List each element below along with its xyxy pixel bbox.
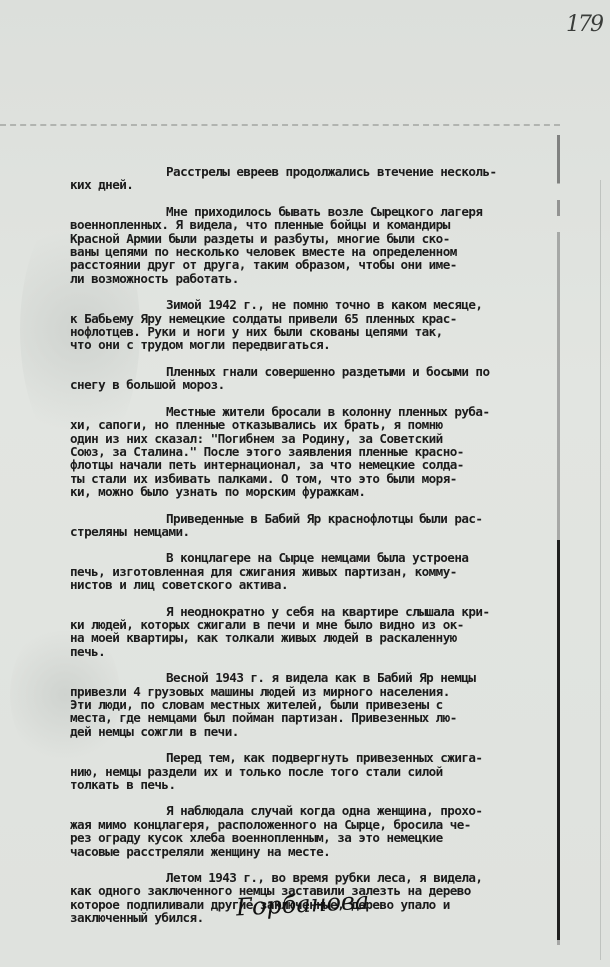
document-page: 179 Расстрелы евреев продолжались втечен… xyxy=(0,0,610,967)
text-line: стреляны немцами. xyxy=(70,525,558,538)
text-line: ки людей, которых сжигали в печи и мне б… xyxy=(70,618,558,631)
text-line: Весной 1943 г. я видела как в Бабий Яр н… xyxy=(70,671,558,684)
archive-page-number: 179 xyxy=(566,12,602,37)
paragraph: Весной 1943 г. я видела как в Бабий Яр н… xyxy=(70,671,558,738)
text-line: что они с трудом могли передвигаться. xyxy=(70,338,558,351)
text-line: Союз, за Сталина." После этого заявления… xyxy=(70,445,558,458)
text-line: часовые расстреляли женщину на месте. xyxy=(70,845,558,858)
text-line: Перед тем, как подвергнуть привезенных с… xyxy=(70,751,558,764)
text-line: нистов и лиц советского актива. xyxy=(70,578,558,591)
paragraph: Мне приходилось бывать возле Сырецкого л… xyxy=(70,205,558,285)
text-line: нофлотцев. Руки и ноги у них были скован… xyxy=(70,325,558,338)
text-line: Красной Армии были раздеты и разбуты, мн… xyxy=(70,232,558,245)
text-line: печь. xyxy=(70,645,558,658)
text-line: на моей квартиры, как толкали живых люде… xyxy=(70,631,558,644)
paragraph: Зимой 1942 г., не помню точно в каком ме… xyxy=(70,298,558,352)
paragraph: Я наблюдала случай когда одна женщина, п… xyxy=(70,804,558,858)
text-line: расстоянии друг от друга, таким образом,… xyxy=(70,258,558,271)
text-line: нию, немцы раздели их и только после тог… xyxy=(70,765,558,778)
text-line: флотцы начали петь интернационал, за что… xyxy=(70,458,558,471)
text-line: хи, сапоги, но пленные отказывались их б… xyxy=(70,418,558,431)
text-line: Зимой 1942 г., не помню точно в каком ме… xyxy=(70,298,558,311)
paper-edge xyxy=(600,180,601,960)
text-line: ли возможность работать. xyxy=(70,272,558,285)
text-line: Я наблюдала случай когда одна женщина, п… xyxy=(70,804,558,817)
text-line: В концлагере на Сырце немцами была устро… xyxy=(70,551,558,564)
text-line: привезли 4 грузовых машины людей из мирн… xyxy=(70,685,558,698)
paragraph: В концлагере на Сырце немцами была устро… xyxy=(70,551,558,591)
fold-line xyxy=(0,124,560,126)
text-line: места, где немцами был пойман партизан. … xyxy=(70,711,558,724)
text-line: Мне приходилось бывать возле Сырецкого л… xyxy=(70,205,558,218)
text-line: Я неоднократно у себя на квартире слышал… xyxy=(70,605,558,618)
text-line: ваны цепями по несколько человек вместе … xyxy=(70,245,558,258)
paragraph: Я неоднократно у себя на квартире слышал… xyxy=(70,605,558,659)
text-line: Пленных гнали совершенно раздетыми и бос… xyxy=(70,365,558,378)
text-line: один из них сказал: "Погибнем за Родину,… xyxy=(70,432,558,445)
text-line: толкать в печь. xyxy=(70,778,558,791)
text-line: печь, изготовленная для сжигания живых п… xyxy=(70,565,558,578)
text-line: Местные жители бросали в колонну пленных… xyxy=(70,405,558,418)
text-line: ты стали их избивать палками. О том, что… xyxy=(70,472,558,485)
text-line: Летом 1943 г., во время рубки леса, я ви… xyxy=(70,871,558,884)
text-line: Эти люди, по словам местных жителей, был… xyxy=(70,698,558,711)
typewritten-testimony: Расстрелы евреев продолжались втечение н… xyxy=(70,165,558,938)
text-line: жая мимо концлагеря, расположенного на С… xyxy=(70,818,558,831)
text-line: снегу в большой мороз. xyxy=(70,378,558,391)
text-line: дей немцы сожгли в печи. xyxy=(70,725,558,738)
text-line: Расстрелы евреев продолжались втечение н… xyxy=(70,165,558,178)
paragraph: Приведенные в Бабий Яр краснофлотцы были… xyxy=(70,512,558,539)
paragraph: Пленных гнали совершенно раздетыми и бос… xyxy=(70,365,558,392)
text-line: Приведенные в Бабий Яр краснофлотцы были… xyxy=(70,512,558,525)
text-line: рез ограду кусок хлеба военнопленным, за… xyxy=(70,831,558,844)
text-line: к Бабьему Яру немецкие солдаты привели 6… xyxy=(70,312,558,325)
paragraph: Местные жители бросали в колонну пленных… xyxy=(70,405,558,499)
text-line: военнопленных. Я видела, что пленные бой… xyxy=(70,218,558,231)
text-line: ких дней. xyxy=(70,178,558,191)
paragraph: Расстрелы евреев продолжались втечение н… xyxy=(70,165,558,192)
text-line: ки, можно было узнать по морским фуражка… xyxy=(70,485,558,498)
paragraph: Перед тем, как подвергнуть привезенных с… xyxy=(70,751,558,791)
